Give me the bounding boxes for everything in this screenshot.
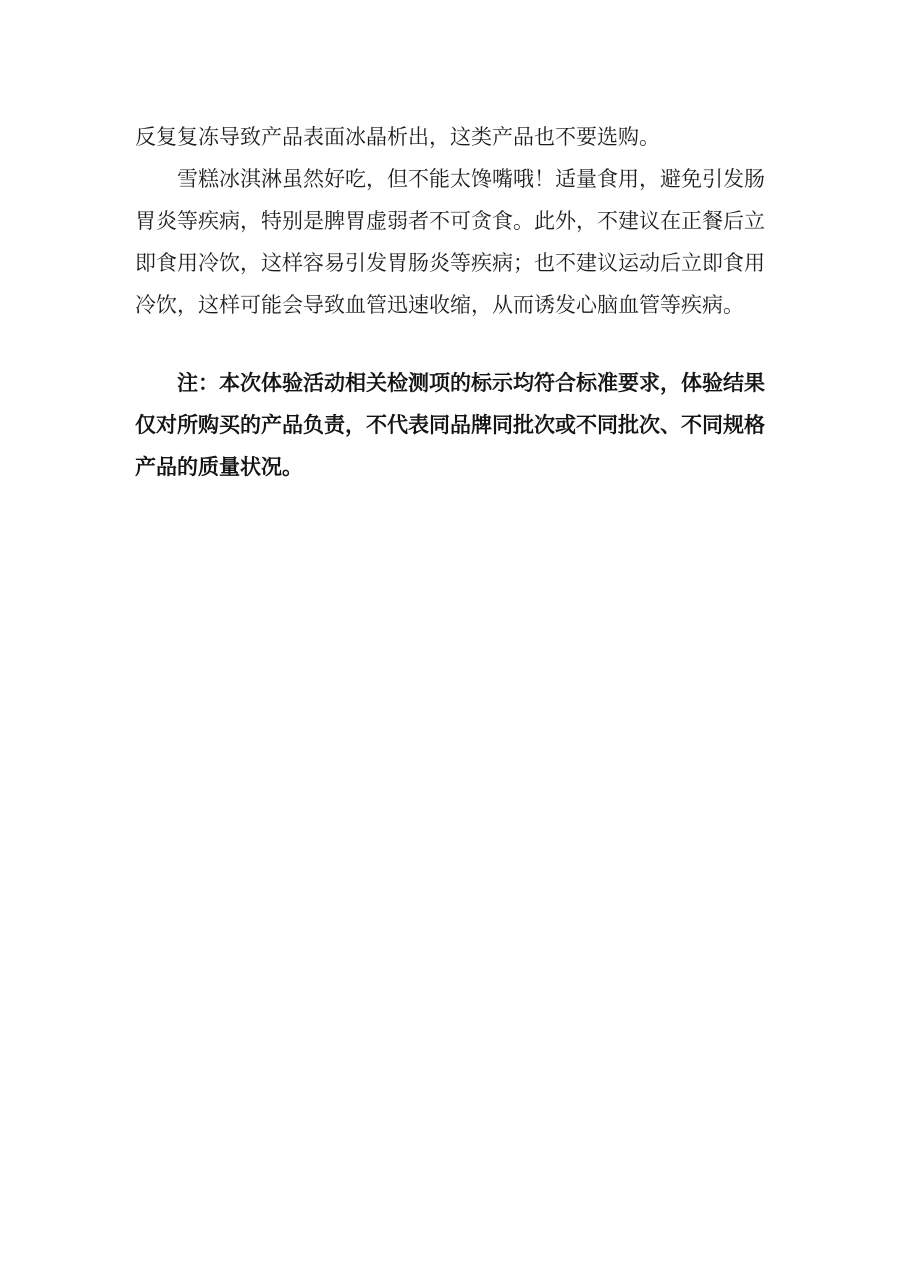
document-page: { "page": { "background_color": "#ffffff… <box>0 0 900 1273</box>
paragraph-disclaimer-note: 注：本次体验活动相关检测项的标示均符合标准要求，体验结果仅对所购买的产品负责，不… <box>135 362 765 488</box>
paragraph-purchase-advice-continued: 反复复冻导致产品表面冰晶析出，这类产品也不要选购。 <box>135 116 765 158</box>
page-text-block: 反复复冻导致产品表面冰晶析出，这类产品也不要选购。 雪糕冰淇淋虽然好吃，但不能太… <box>135 116 765 488</box>
paragraph-consumption-advice: 雪糕冰淇淋虽然好吃，但不能太馋嘴哦！适量食用，避免引发肠胃炎等疾病，特别是脾胃虚… <box>135 158 765 326</box>
